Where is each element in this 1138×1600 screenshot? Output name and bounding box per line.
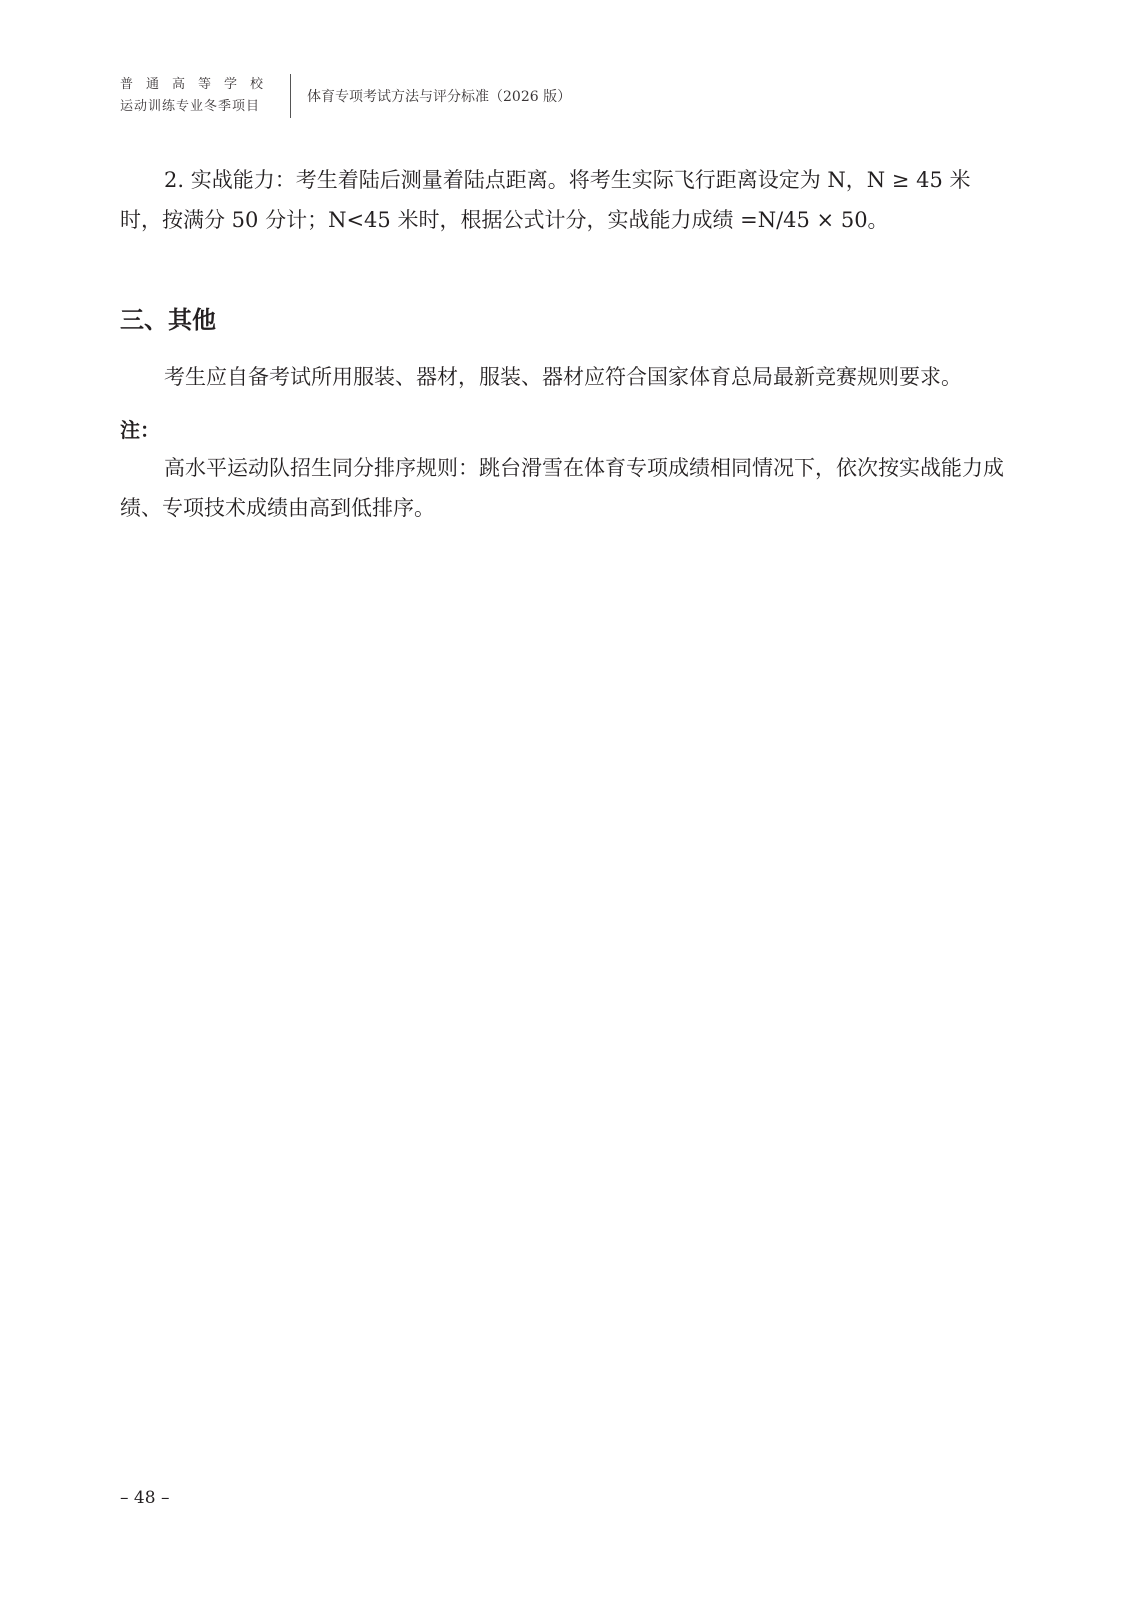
header-title: 体育专项考试方法与评分标准（2026 版） bbox=[307, 86, 571, 106]
header-program: 运动训练专业冬季项目 bbox=[120, 96, 276, 118]
header-left: 普通高等学校 运动训练专业冬季项目 bbox=[120, 74, 276, 118]
section-heading: 三、其他 bbox=[120, 300, 216, 335]
page-number: – 48 – bbox=[120, 1488, 169, 1508]
paragraph-section3: 考生应自备考试所用服装、器材，服装、器材应符合国家体育总局最新竞赛规则要求。 bbox=[120, 357, 1010, 397]
note-label: 注： bbox=[120, 414, 160, 443]
header-divider bbox=[290, 74, 291, 118]
header-school: 普通高等学校 bbox=[120, 74, 276, 96]
running-header: 普通高等学校 运动训练专业冬季项目 体育专项考试方法与评分标准（2026 版） bbox=[120, 74, 571, 118]
paragraph-item2: 2. 实战能力：考生着陆后测量着陆点距离。将考生实际飞行距离设定为 N，N ≥ … bbox=[120, 160, 1010, 240]
paragraph-note: 高水平运动队招生同分排序规则：跳台滑雪在体育专项成绩相同情况下，依次按实战能力成… bbox=[120, 448, 1010, 528]
